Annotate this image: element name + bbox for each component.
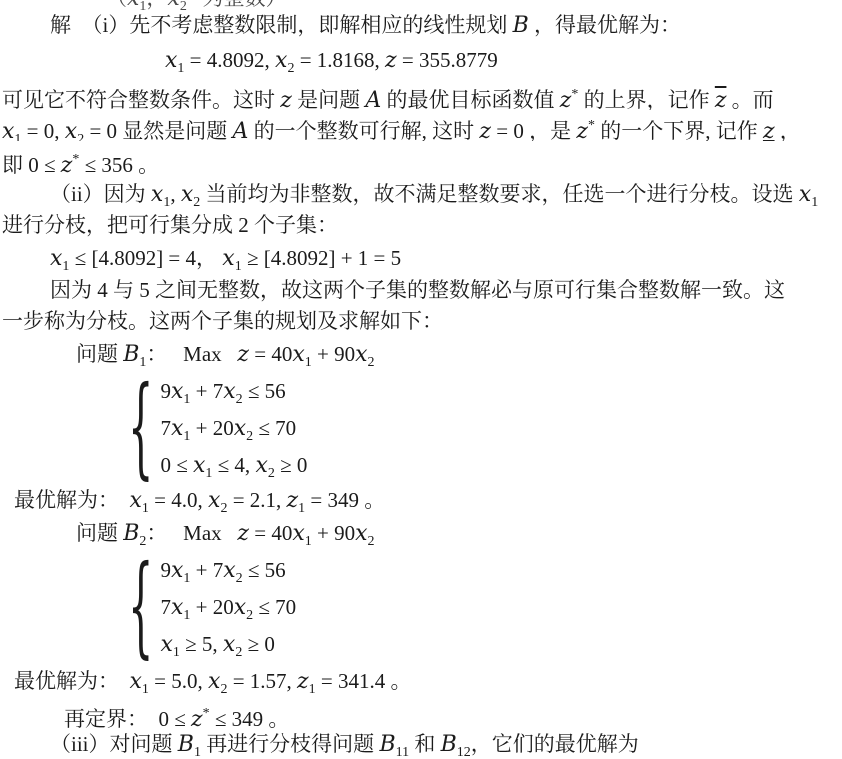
branching-explanation: 因为 4 与 5 之间无整数，故这两个子集的整数解必与原可行集合整数解一致。这 (0, 275, 842, 306)
subscript: 1 (235, 259, 242, 274)
bound-inequality: 即 0 ≤ z* ≤ 356 。 (0, 141, 842, 179)
text-segment: ≤ 349 (210, 707, 264, 729)
subscript: 1 (305, 534, 312, 549)
text-segment: = 355.8779 (397, 48, 498, 72)
text-segment: 最优解为： (14, 488, 119, 512)
problem-b1-objective: 问题 B1： Max z = 40x1 + 90x2 (0, 337, 842, 371)
text-segment: ≤ 56 (243, 379, 286, 403)
document-page: （x1，x2 为整数）解 （i）先不考虑整数限制，即解相应的线性规划 B ，得最… (0, 0, 842, 759)
text-segment: 进行分枝，把可行集分成 2 个子集： (2, 213, 338, 237)
math-variable: B (379, 732, 395, 757)
subscript: 2 (368, 355, 375, 370)
math-variable: x (167, 0, 179, 10)
superscript: * (588, 118, 595, 133)
text-segment: = 0, (21, 119, 64, 141)
math-variable: z (763, 119, 775, 141)
math-variable: B (123, 521, 139, 546)
subscript: 1 (309, 682, 316, 697)
text-segment: ， (775, 119, 801, 141)
branching-explanation-cont: 一步称为分枝。这两个子集的规划及求解如下： (0, 306, 842, 337)
subscript: 2 (180, 0, 187, 10)
text-segment: 的一个整数可行解, 这时 (248, 119, 479, 141)
superscript: * (203, 706, 210, 721)
math-variable: z (237, 521, 249, 546)
text-segment: ≥ 5, (180, 632, 223, 656)
math-variable: x (234, 595, 246, 620)
text-segment: ， (196, 246, 222, 270)
text-segment: = 349 (305, 488, 364, 512)
text-segment: = 40 (249, 342, 292, 366)
text-segment: （ii）因为 (50, 182, 151, 206)
text-segment: = 341.4 (316, 669, 391, 693)
text-segment: + 7 (190, 379, 223, 403)
subscript: 12 (457, 745, 471, 759)
step-ii-branching: （ii）因为 x1, x2 当前均为非整数，故不满足整数要求，任选一个进行分枝。… (0, 179, 842, 210)
text-segment: 的最优目标函数值 (381, 88, 560, 110)
text-segment: 的一个下界, 记作 (595, 119, 763, 141)
text-segment: 是问题 (292, 88, 366, 110)
text-segment: 最优解为： (14, 669, 119, 693)
math-variable: x (223, 379, 235, 404)
text-segment: 再定界： (64, 707, 148, 729)
constraint-row: 9x1 + 7x2 ≤ 56 (160, 552, 296, 589)
text-segment: = 5.0, (149, 669, 208, 693)
math-variable: x (50, 246, 62, 271)
text-segment: + 20 (190, 416, 233, 440)
math-variable: x (181, 182, 193, 207)
left-brace: { (128, 552, 153, 662)
subscript: 2 (236, 571, 243, 586)
lower-bound-remark: x1 = 0, x2 = 0 显然是问题 A 的一个整数可行解, 这时 z = … (0, 110, 842, 141)
text-segment: 解 （i）先不考虑整数限制，即解相应的线性规划 (50, 13, 513, 37)
math-variable: x (160, 632, 172, 657)
text-segment (119, 488, 130, 512)
text-segment: 7 (160, 595, 171, 619)
constraint-row: 7x1 + 20x2 ≤ 70 (160, 410, 307, 447)
math-variable: A (233, 119, 249, 141)
rebounding-line: 再定界： 0 ≤ z* ≤ 349 。 (0, 698, 842, 729)
math-variable: x (171, 558, 183, 583)
subscript: 2 (236, 392, 243, 407)
subscript: 11 (396, 745, 409, 759)
math-variable: x (223, 558, 235, 583)
math-variable: x (171, 416, 183, 441)
branch-split-formula: x1 ≤ [4.8092] = 4， x1 ≥ [4.8092] + 1 = 5 (0, 241, 842, 275)
math-variable: x (355, 342, 367, 367)
math-variable: x (130, 669, 142, 694)
text-segment: 和 (409, 732, 441, 756)
math-variable: z (560, 88, 572, 110)
text-segment (119, 669, 130, 693)
text-segment: 的上界，记作 (578, 88, 715, 110)
math-variable: A (365, 88, 381, 110)
text-segment: 0 ≤ (148, 707, 191, 729)
cropped-line-content: （x1，x2 为整数） (106, 0, 287, 10)
text-segment: 0 ≤ (28, 153, 61, 177)
text-segment: ： (146, 342, 167, 366)
text-segment: ≤ [4.8092] = 4 (69, 246, 196, 270)
text-segment: 7 (160, 416, 171, 440)
subscript: 2 (268, 466, 275, 481)
text-segment: （iii）对问题 (50, 732, 178, 756)
math-variable: z (191, 707, 203, 729)
math-variable: x (171, 379, 183, 404)
text-segment: = 40 (249, 521, 292, 545)
math-variable: x (171, 595, 183, 620)
text-segment: 0 ≤ (160, 453, 193, 477)
text-segment: 9 (160, 558, 171, 582)
math-variable: B (441, 732, 457, 757)
math-variable: z (287, 488, 299, 513)
math-variable: x (193, 453, 205, 478)
text-segment: ， (146, 0, 167, 10)
subscript: 1 (173, 645, 180, 660)
text-segment: = 4.0, (149, 488, 208, 512)
text-segment: = 0 (84, 119, 122, 141)
text-segment: 当前均为非整数，故不满足整数要求，任选一个进行分枝。设选 (200, 182, 799, 206)
math-variable: x (799, 182, 811, 207)
text-segment: 问题 (76, 521, 123, 545)
text-segment: 一步称为分枝。这两个子集的规划及求解如下： (2, 309, 443, 333)
math-variable: B (513, 13, 529, 38)
math-variable: x (2, 119, 14, 141)
text-segment: ，是 (529, 119, 576, 141)
text-segment: = 1.8168, (294, 48, 385, 72)
text-segment: ≤ 4, (212, 453, 255, 477)
math-variable: x (130, 488, 142, 513)
math-variable: B (123, 342, 139, 367)
text-segment: 。而 (726, 88, 773, 110)
text-segment: + 20 (190, 595, 233, 619)
math-variable: x (65, 119, 77, 141)
math-variable: B (178, 732, 194, 757)
text-segment: = 2.1, (227, 488, 286, 512)
text-segment: ≤ 56 (243, 558, 286, 582)
upper-bound-remark: 可见它不符合整数条件。这时 z 是问题 A 的最优目标函数值 z* 的上界，记作… (0, 79, 842, 110)
constraint-row: 0 ≤ x1 ≤ 4, x2 ≥ 0 (160, 447, 307, 484)
subscript: 1 (811, 195, 818, 210)
text-segment: ≥ 0 (275, 453, 308, 477)
text-segment: 问题 (76, 342, 123, 366)
constraint-row: 7x1 + 20x2 ≤ 70 (160, 589, 296, 626)
step-iii-line: （iii）对问题 B1 再进行分枝得问题 B11 和 B12，它们的最优解为 (0, 729, 842, 759)
constraint-row: 9x1 + 7x2 ≤ 56 (160, 373, 307, 410)
math-variable: x (208, 669, 220, 694)
text-segment: 可见它不符合整数条件。这时 (2, 88, 280, 110)
step-i-intro: 解 （i）先不考虑整数限制，即解相应的线性规划 B ，得最优解为： (0, 10, 842, 41)
left-brace: { (128, 373, 153, 483)
text-segment: ，它们的最优解为 (471, 732, 639, 756)
text-segment: 为整数） (187, 0, 287, 10)
text-segment: = 4.8092, (184, 48, 275, 72)
math-variable: x (223, 632, 235, 657)
constraint-row: x1 ≥ 5, x2 ≥ 0 (160, 626, 296, 663)
problem-b2-solution: 最优解为： x1 = 5.0, x2 = 1.57, z1 = 341.4 。 (0, 664, 842, 698)
text-segment: + 90 (312, 521, 355, 545)
text-segment: 9 (160, 379, 171, 403)
branching-continuation: 进行分枝，把可行集分成 2 个子集： (0, 210, 842, 241)
text-segment: 显然是问题 (122, 119, 232, 141)
math-variable: z (385, 48, 397, 73)
text-segment: 因为 4 与 5 之间无整数，故这两个子集的整数解必与原可行集合整数解一致。这 (50, 278, 785, 302)
math-variable: x (292, 342, 304, 367)
math-variable: z (479, 119, 491, 141)
math-variable: x (222, 246, 234, 271)
math-variable: x (165, 48, 177, 73)
text-segment: + 90 (312, 342, 355, 366)
math-variable: x (275, 48, 287, 73)
math-variable: x (255, 453, 267, 478)
math-variable: x (234, 416, 246, 441)
text-segment: ，得最优解为： (529, 13, 681, 37)
math-variable: x (127, 0, 139, 10)
math-variable: x (151, 182, 163, 207)
text-segment: ： (146, 521, 167, 545)
math-variable: x (355, 521, 367, 546)
problem-b2-constraints: {9x1 + 7x2 ≤ 567x1 + 20x2 ≤ 70x1 ≥ 5, x2… (0, 550, 842, 664)
math-variable: z (576, 119, 588, 141)
math-variable: x (208, 488, 220, 513)
problem-b1-solution: 最优解为： x1 = 4.0, x2 = 2.1, z1 = 349 。 (0, 485, 842, 516)
text-segment: 。 (364, 488, 385, 512)
math-variable: z (61, 153, 73, 178)
math-variable: z (297, 669, 309, 694)
text-segment: Max (167, 342, 237, 366)
math-variable: z (237, 342, 249, 367)
subscript: 2 (368, 534, 375, 549)
subscript: 1 (142, 501, 149, 516)
text-segment: 即 (2, 153, 28, 177)
subscript: 1 (142, 682, 149, 697)
cropped-previous-line: （x1，x2 为整数） (0, 0, 842, 10)
text-segment: + 7 (190, 558, 223, 582)
lp-relaxation-optimal-solution: x1 = 4.8092, x2 = 1.8168, z = 355.8779 (0, 41, 842, 79)
subscript: 1 (194, 745, 201, 759)
text-segment: 。 (390, 669, 411, 693)
text-segment: = 0 (491, 119, 529, 141)
text-segment: = 1.57, (227, 669, 297, 693)
text-segment: ≤ 70 (253, 416, 296, 440)
text-segment: 。 (263, 707, 289, 729)
math-variable: x (292, 521, 304, 546)
text-segment: ≥ 0 (242, 632, 275, 656)
text-segment: , (170, 182, 181, 206)
problem-b2-objective: 问题 B2： Max z = 40x1 + 90x2 (0, 516, 842, 550)
text-segment: Max (167, 521, 237, 545)
text-segment: ≤ 70 (253, 595, 296, 619)
text-segment: 。 (133, 153, 159, 177)
subscript: 1 (305, 355, 312, 370)
problem-b1-constraints: {9x1 + 7x2 ≤ 567x1 + 20x2 ≤ 700 ≤ x1 ≤ 4… (0, 371, 842, 485)
math-variable: z (280, 88, 292, 110)
text-segment: 再进行分枝得问题 (201, 732, 380, 756)
text-segment: （ (106, 0, 127, 10)
text-segment: ≥ [4.8092] + 1 = 5 (242, 246, 401, 270)
math-variable: z (715, 88, 727, 110)
text-segment: ≤ 356 (79, 153, 133, 177)
